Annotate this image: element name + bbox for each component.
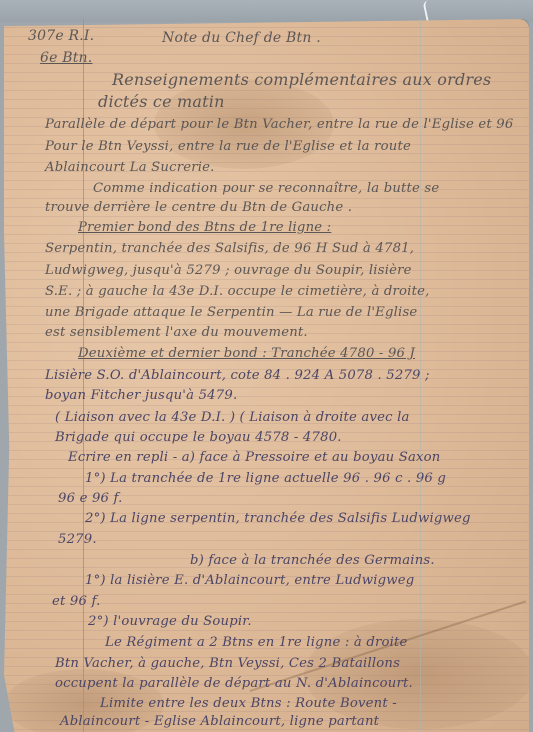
subtitle-line-2: dictés ce matin xyxy=(98,92,225,111)
text-line: trouve derrière le centre du Btn de Gauc… xyxy=(45,200,352,215)
battalion-label: 6e Btn. xyxy=(40,50,92,66)
text-line: boyan Fitcher jusqu'à 5479. xyxy=(45,388,237,403)
text-line: Ablaincourt La Sucrerie. xyxy=(45,160,215,175)
text-line: Ludwigweg, jusqu'à 5279 ; ouvrage du Sou… xyxy=(45,263,412,278)
text-line: Serpentin, tranchée des Salsifis, de 96 … xyxy=(45,241,414,256)
text-line: Parallèle de départ pour le Btn Vacher, … xyxy=(45,117,514,132)
text-line: occupent la parallèle de départ au N. d'… xyxy=(55,676,413,691)
text-line: Pour le Btn Veyssi, entre la rue de l'Eg… xyxy=(45,139,411,154)
text-line: et 96 f. xyxy=(52,594,100,609)
text-line: ( Liaison avec la 43e D.I. ) ( Liaison à… xyxy=(55,410,410,425)
text-line: Le Régiment a 2 Btns en 1re ligne : à dr… xyxy=(105,635,408,650)
text-line: une Brigade attaque le Serpentin — La ru… xyxy=(45,305,417,320)
text-line: 2°) La ligne serpentin, tranchée des Sal… xyxy=(85,511,471,526)
text-line: b) face à la tranchée des Germains. xyxy=(190,553,435,568)
section-heading: Premier bond des Btns de 1re ligne : xyxy=(78,220,331,235)
text-line: 2°) l'ouvrage du Soupir. xyxy=(88,614,252,629)
text-line: 1°) La tranchée de 1re ligne actuelle 96… xyxy=(85,471,446,486)
section-heading: Deuxième et dernier bond : Tranchée 4780… xyxy=(78,346,415,361)
text-line: Brigade qui occupe le boyau 4578 - 4780. xyxy=(55,430,342,445)
text-line: Comme indication pour se reconnaître, la… xyxy=(93,181,439,196)
regiment-label: 307e R.I. xyxy=(28,28,94,44)
text-line: Lisière S.O. d'Ablaincourt, cote 84 . 92… xyxy=(45,368,430,383)
text-line: Ablaincourt - Eglise Ablaincourt, ligne … xyxy=(60,714,379,729)
text-line: S.E. ; à gauche la 43e D.I. occupe le ci… xyxy=(45,284,430,299)
text-line: Ecrire en repli - a) face à Pressoire et… xyxy=(68,450,441,465)
document-title: Note du Chef de Btn . xyxy=(162,30,321,46)
subtitle-line-1: Renseignements complémentaires aux ordre… xyxy=(112,70,491,89)
scan-background xyxy=(0,0,533,22)
text-line: Btn Vacher, à gauche, Btn Veyssi, Ces 2 … xyxy=(55,656,400,671)
text-line: 96 e 96 f. xyxy=(58,491,123,506)
text-line: est sensiblement l'axe du mouvement. xyxy=(45,325,308,340)
text-line: 5279. xyxy=(58,532,97,547)
text-line: Limite entre les deux Btns : Route Boven… xyxy=(100,696,397,711)
text-line: 1°) la lisière E. d'Ablaincourt, entre L… xyxy=(85,573,414,588)
